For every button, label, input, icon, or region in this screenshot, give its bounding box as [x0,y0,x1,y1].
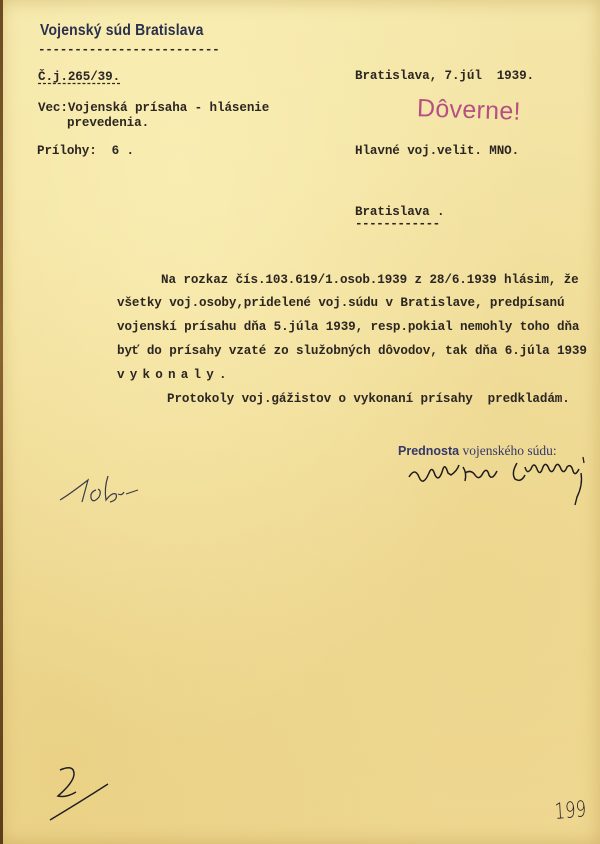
place-date: Bratislava, 7.júl 1939. [355,69,534,83]
attachments: Prílohy: 6 . [37,144,134,158]
recipient-city-rule: ------------ [355,217,440,231]
attachments-value: 6 . [112,144,134,158]
letterhead-rule: ------------------------- [38,43,219,57]
subject-line-2: prevedenia. [67,116,149,130]
attachments-label: Prílohy: [37,144,97,158]
paper-edge [0,0,3,844]
letterhead-institution: Vojenský súd Bratislava [40,22,204,40]
body-line-1: Na rozkaz čís.103.619/1.osob.1939 z 28/6… [161,273,579,287]
reference-number: Č.j.265/39. [38,70,120,84]
confidential-stamp: Dôverne! [417,94,522,127]
subject-label: Vec: [38,101,68,115]
subject-text: Vojenská prísaha - hlásenie [68,101,269,115]
page-number: 199 [554,797,587,825]
subject-line-1: Vec:Vojenská prísaha - hlásenie [38,101,269,115]
recipient-name: Hlavné voj.velit. MNO. [355,144,519,158]
document-page: Vojenský súd Bratislava ----------------… [0,0,600,844]
body-line-5: vykonaly. [117,368,232,382]
handwritten-signature [405,455,595,510]
body-line-4: byť do prísahy vzaté zo služobných dôvod… [117,344,587,358]
handwritten-mark-2 [40,760,110,830]
body-line-6: Protokoly voj.gážistov o vykonaní prísah… [167,392,570,406]
handwritten-note-1ob [58,470,148,510]
body-line-2: všetky voj.osoby,pridelené voj.súdu v Br… [117,296,564,310]
body-line-3: vojenskí prísahu dňa 5.júla 1939, resp.p… [117,320,579,334]
